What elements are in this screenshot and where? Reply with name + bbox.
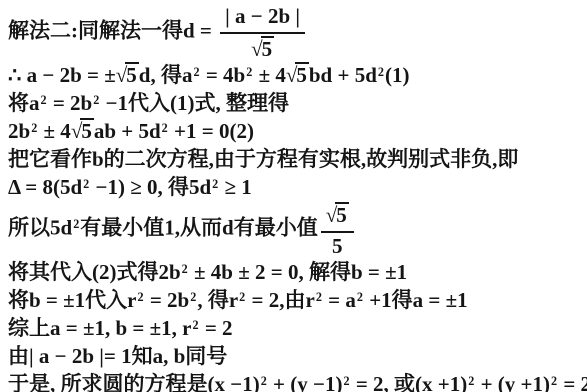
numerator: | a − 2b | — [220, 4, 305, 34]
text-run: = 2 — [200, 316, 233, 340]
math-line: 由| a − 2b |= 1知a, b同号 — [8, 342, 585, 370]
math-line: 把它看作b的二次方程,由于方程有实根,故判别式非负,即 — [8, 145, 585, 173]
superscript: 2 — [161, 121, 169, 135]
radicand: 5 — [335, 202, 349, 226]
text-run: + (y +1) — [475, 372, 550, 392]
text-run: 将a — [8, 91, 40, 115]
denominator: √5 — [251, 34, 274, 62]
sqrt-radical: √5 — [326, 203, 349, 227]
text-run: ∴ a − 2b = ± — [8, 63, 116, 87]
text-run: bd + 5d — [309, 63, 377, 87]
text-run: = 2b — [48, 91, 93, 115]
math-line: 2b2 ± 4√5ab + 5d2 +1 = 0(2) — [8, 117, 585, 145]
text-run: = 2,由r — [246, 288, 315, 312]
text-run: 于是, 所求圆的方程是(x −1) — [8, 372, 260, 392]
sqrt-radical: √5 — [116, 63, 139, 87]
radicand: 5 — [295, 62, 309, 86]
superscript: 2 — [137, 290, 145, 304]
radical-sign-icon: √ — [326, 203, 336, 227]
text-run: = 2, 或(x +1) — [351, 372, 468, 392]
text-run: +1 = 0(2) — [169, 119, 254, 143]
text-run: 解法二:同解法一得d = — [8, 18, 217, 42]
superscript: 2 — [191, 318, 199, 332]
text-run: 将其代入(2)式得2b — [8, 260, 181, 284]
text-run: 将b = ±1代入r — [8, 288, 137, 312]
text-run: = a — [323, 288, 356, 312]
superscript: 2 — [40, 93, 48, 107]
text-run: (1) — [385, 63, 410, 87]
text-run: 综上a = ±1, b = ±1, r — [8, 316, 191, 340]
text-run: +1得a = ±1 — [364, 288, 468, 312]
radicand: 5 — [80, 118, 94, 142]
text-run: ab + 5d — [94, 119, 161, 143]
math-line: 将a2 = 2b2 −1代入(1)式, 整理得 — [8, 89, 585, 117]
text-run: | a − 2b | — [225, 4, 300, 28]
math-line: Δ = 8(5d2 −1) ≥ 0, 得5d2 ≥ 1 — [8, 173, 585, 201]
text-run: −1) ≥ 0, 得5d — [90, 175, 211, 199]
text-run: ≥ 1 — [219, 175, 252, 199]
text-run: ± 4 — [38, 119, 71, 143]
text-run: 5 — [332, 234, 343, 258]
numerator: √5 — [321, 201, 354, 233]
math-line: ∴ a − 2b = ±√5d, 得a2 = 4b2 ± 4√5bd + 5d2… — [8, 61, 585, 89]
superscript: 2 — [356, 290, 364, 304]
text-run: Δ = 8(5d — [8, 175, 82, 199]
text-run: ± 4 — [253, 63, 286, 87]
text-run: 把它看作b的二次方程,由于方程有实根,故判别式非负,即 — [8, 147, 518, 171]
math-solution-document: 解法二:同解法一得d = | a − 2b |√5∴ a − 2b = ±√5d… — [0, 0, 587, 392]
fraction: √55 — [321, 201, 354, 258]
math-line: 将其代入(2)式得2b2 ± 4b ± 2 = 0, 解得b = ±1 — [8, 258, 585, 286]
superscript: 2 — [315, 290, 323, 304]
text-run: 所以5d — [8, 215, 72, 239]
radicand: 5 — [125, 62, 139, 86]
radical-sign-icon: √ — [286, 63, 296, 87]
text-run: 有最小值1,从而d有最小值 — [80, 215, 317, 239]
text-run: = 2 — [558, 372, 587, 392]
text-run: ± 4b ± 2 = 0, 解得b = ±1 — [189, 260, 407, 284]
text-run: = 4b — [201, 63, 246, 87]
sqrt-radical: √5 — [286, 63, 309, 87]
superscript: 2 — [260, 374, 268, 388]
text-run: = 2b — [145, 288, 190, 312]
text-run: , 得r — [197, 288, 238, 312]
radicand: 5 — [261, 36, 275, 60]
sqrt-radical: √5 — [251, 37, 274, 61]
text-run: d, 得a — [139, 63, 193, 87]
text-run: + (y −1) — [268, 372, 343, 392]
radical-sign-icon: √ — [116, 63, 126, 87]
superscript: 2 — [377, 65, 385, 79]
math-line: 所以5d2有最小值1,从而d有最小值√55 — [8, 201, 585, 258]
math-line: 综上a = ±1, b = ±1, r2 = 2 — [8, 314, 585, 342]
radical-sign-icon: √ — [71, 119, 81, 143]
superscript: 2 — [550, 374, 558, 388]
denominator: 5 — [332, 233, 343, 259]
superscript: 2 — [342, 374, 350, 388]
superscript: 2 — [181, 262, 189, 276]
fraction: | a − 2b |√5 — [220, 4, 305, 61]
text-run: −1代入(1)式, 整理得 — [100, 91, 289, 115]
math-line: 解法二:同解法一得d = | a − 2b |√5 — [8, 4, 585, 61]
text-run: 由| a − 2b |= 1知a, b同号 — [8, 344, 227, 368]
sqrt-radical: √5 — [71, 119, 94, 143]
math-line: 于是, 所求圆的方程是(x −1)2 + (y −1)2 = 2, 或(x +1… — [8, 370, 585, 392]
radical-sign-icon: √ — [251, 37, 261, 61]
superscript: 2 — [192, 65, 200, 79]
text-run: 2b — [8, 119, 30, 143]
math-line: 将b = ±1代入r2 = 2b2, 得r2 = 2,由r2 = a2 +1得a… — [8, 286, 585, 314]
